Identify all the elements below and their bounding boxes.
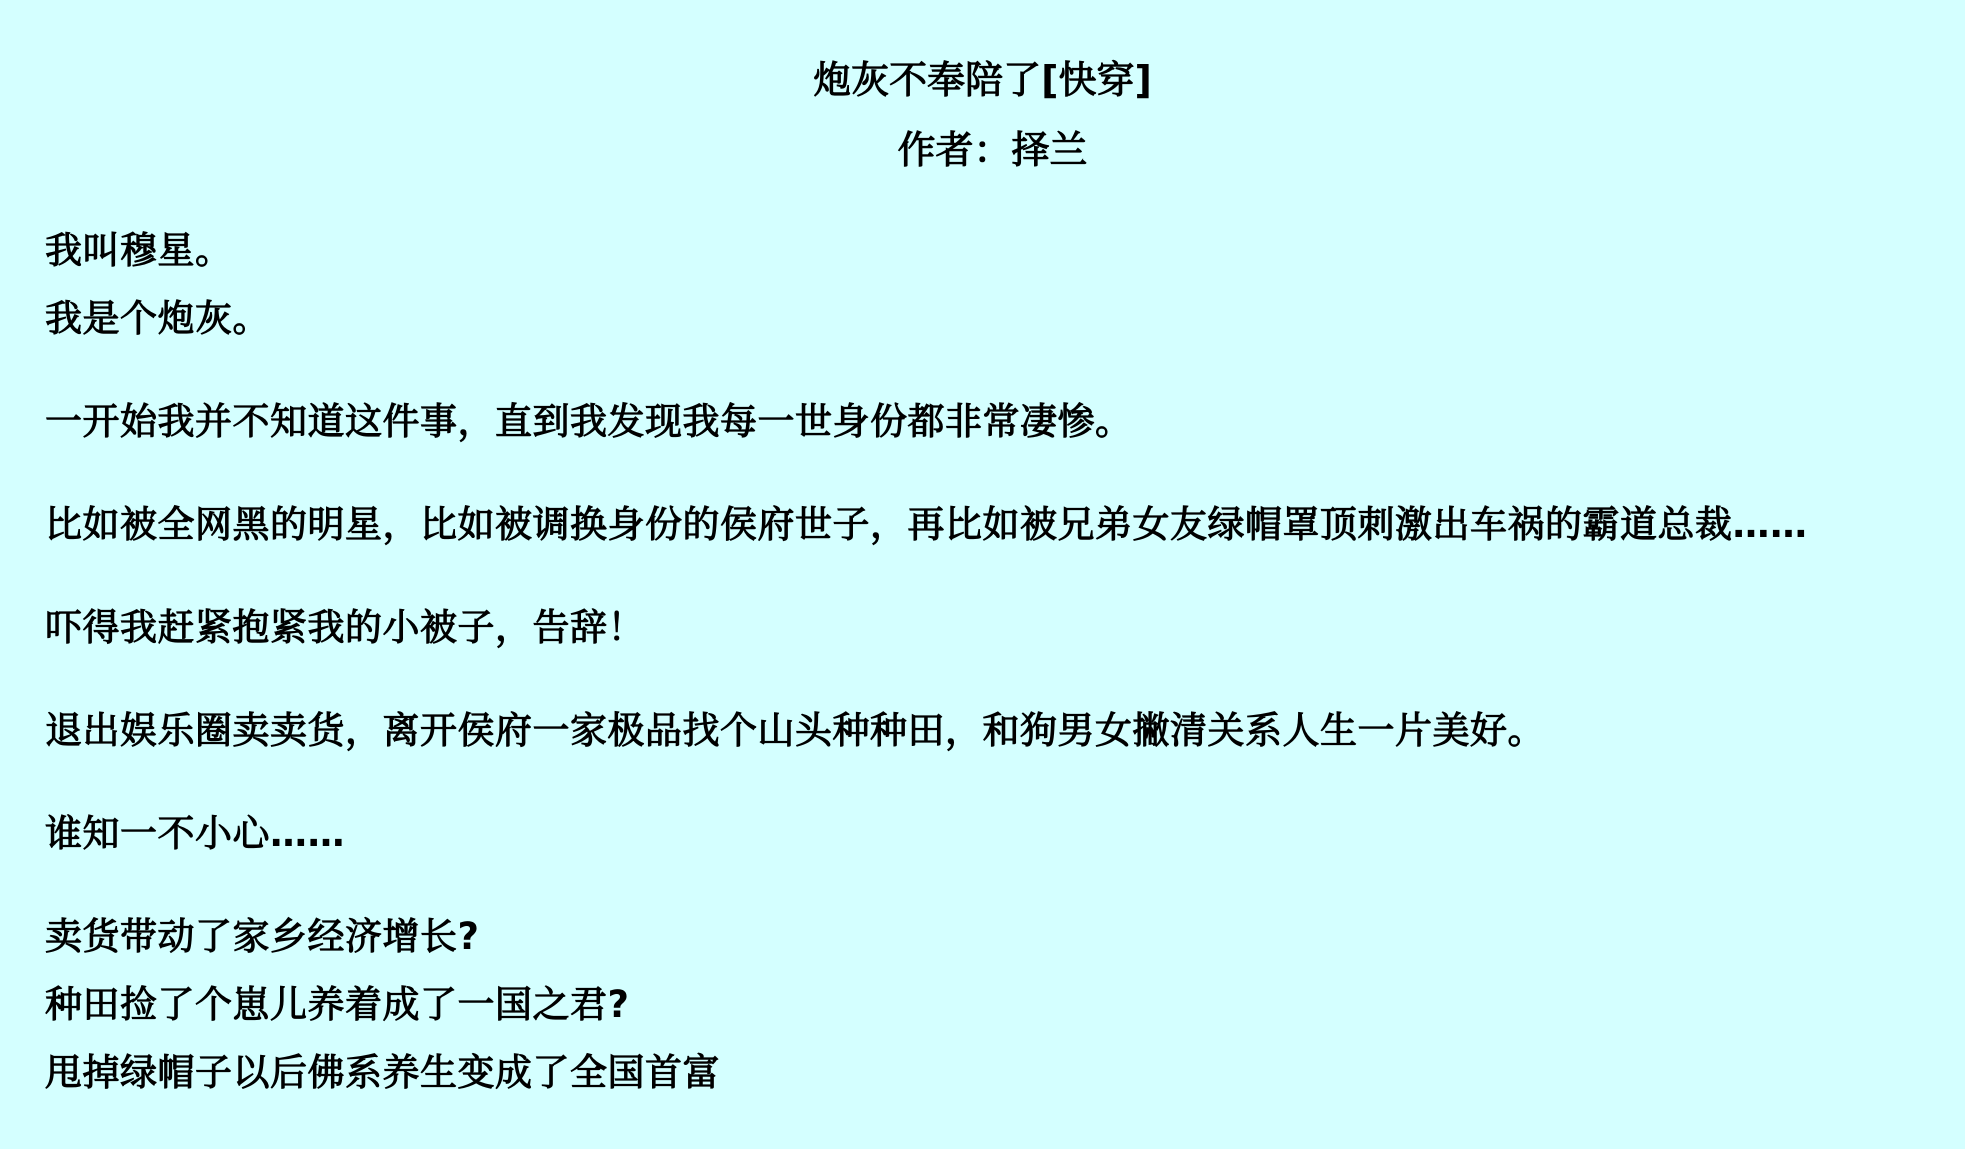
book-title: 炮灰不奉陪了[快穿] xyxy=(0,54,1965,106)
paragraph-line: 我叫穆星。 xyxy=(45,226,233,276)
paragraph-line: 吓得我赶紧抱紧我的小被子，告辞！ xyxy=(45,603,645,653)
book-author: 作者：择兰 xyxy=(20,124,1965,176)
paragraph-line: 一开始我并不知道这件事，直到我发现我每一世身份都非常凄惨。 xyxy=(45,397,1133,447)
document-header: 炮灰不奉陪了[快穿] 作者：择兰 xyxy=(0,54,1965,176)
paragraph-line: 卖货带动了家乡经济增长? xyxy=(45,912,479,962)
paragraph-line: 退出娱乐圈卖卖货，离开侯府一家极品找个山头种种田，和狗男女撇清关系人生一片美好。 xyxy=(45,706,1545,756)
paragraph-line: 种田捡了个崽儿养着成了一国之君? xyxy=(45,980,629,1030)
paragraph-line: 比如被全网黑的明星，比如被调换身份的侯府世子，再比如被兄弟女友绿帽罩顶刺激出车祸… xyxy=(45,500,1808,550)
paragraph-line: 谁知一不小心…… xyxy=(45,809,345,859)
paragraph-line: 我是个炮灰。 xyxy=(45,294,270,344)
paragraph-line: 甩掉绿帽子以后佛系养生变成了全国首富 xyxy=(45,1048,720,1098)
